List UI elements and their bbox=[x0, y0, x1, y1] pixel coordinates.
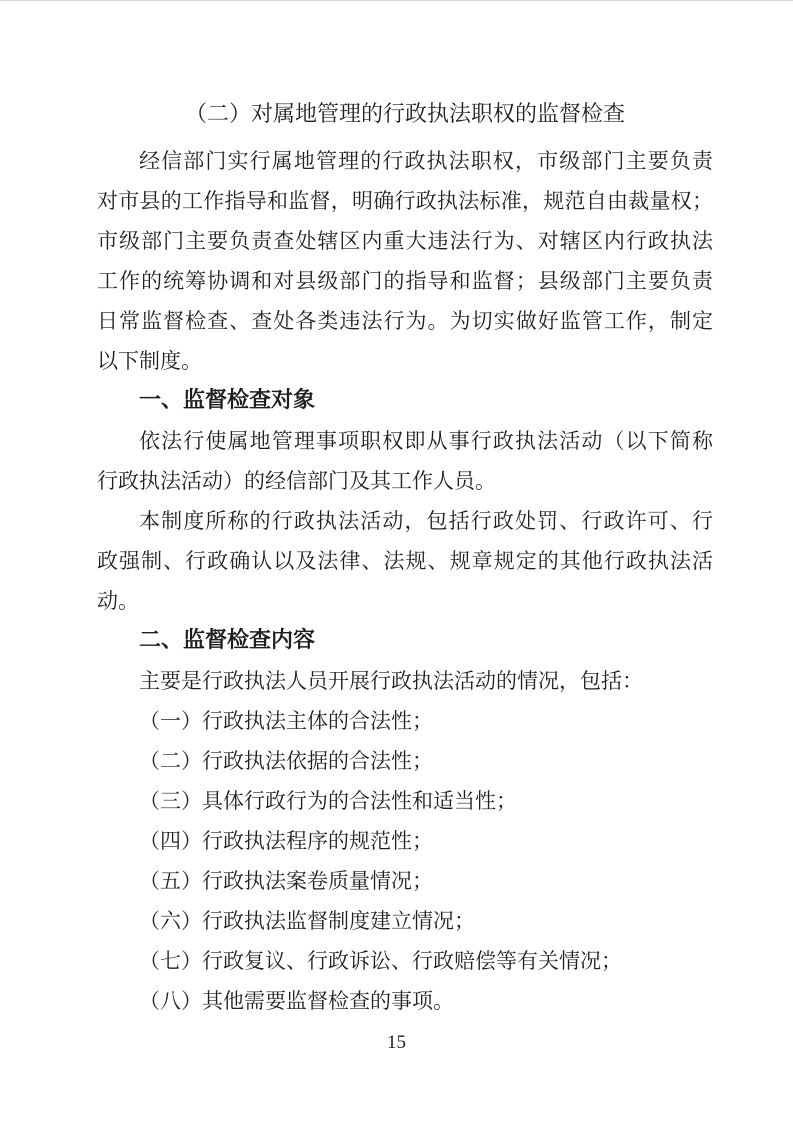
paragraph-line: 政强制、行政确认以及法律、法规、规章规定的其他行政执法活 bbox=[97, 541, 713, 581]
paragraph-line: 主要是行政执法人员开展行政执法活动的情况，包括： bbox=[97, 661, 713, 701]
page-number: 15 bbox=[0, 1023, 793, 1063]
paragraph-line: 工作的统筹协调和对县级部门的指导和监督；县级部门主要负责 bbox=[97, 261, 713, 301]
list-item: （五）行政执法案卷质量情况； bbox=[97, 861, 713, 901]
section-title: （二）对属地管理的行政执法职权的监督检查 bbox=[97, 94, 713, 134]
list-item: （八）其他需要监督检查的事项。 bbox=[97, 981, 713, 1021]
document-blocks: 经信部门实行属地管理的行政执法职权，市级部门主要负责对市县的工作指导和监督，明确… bbox=[97, 141, 713, 1021]
list-item: （七）行政复议、行政诉讼、行政赔偿等有关情况； bbox=[97, 941, 713, 981]
paragraph-line: 行政执法活动）的经信部门及其工作人员。 bbox=[97, 461, 713, 501]
paragraph-line: 依法行使属地管理事项职权即从事行政执法活动（以下简称 bbox=[97, 421, 713, 461]
paragraph-line: 经信部门实行属地管理的行政执法职权，市级部门主要负责 bbox=[97, 141, 713, 181]
section-heading: 一、监督检查对象 bbox=[97, 381, 713, 421]
paragraph-line: 动。 bbox=[97, 581, 713, 621]
paragraph-line: 本制度所称的行政执法活动，包括行政处罚、行政许可、行 bbox=[97, 501, 713, 541]
list-item: （二）行政执法依据的合法性； bbox=[97, 741, 713, 781]
paragraph-line: 市级部门主要负责查处辖区内重大违法行为、对辖区内行政执法 bbox=[97, 221, 713, 261]
paragraph-line: 日常监督检查、查处各类违法行为。为切实做好监管工作，制定 bbox=[97, 301, 713, 341]
list-item: （六）行政执法监督制度建立情况； bbox=[97, 901, 713, 941]
document-content: （二）对属地管理的行政执法职权的监督检查 经信部门实行属地管理的行政执法职权，市… bbox=[97, 94, 713, 1021]
document-page: （二）对属地管理的行政执法职权的监督检查 经信部门实行属地管理的行政执法职权，市… bbox=[0, 0, 793, 1123]
list-item: （四）行政执法程序的规范性； bbox=[97, 821, 713, 861]
section-heading: 二、监督检查内容 bbox=[97, 621, 713, 661]
paragraph-line: 对市县的工作指导和监督，明确行政执法标准，规范自由裁量权； bbox=[97, 181, 713, 221]
list-item: （三）具体行政行为的合法性和适当性； bbox=[97, 781, 713, 821]
paragraph-line: 以下制度。 bbox=[97, 341, 713, 381]
list-item: （一）行政执法主体的合法性； bbox=[97, 701, 713, 741]
